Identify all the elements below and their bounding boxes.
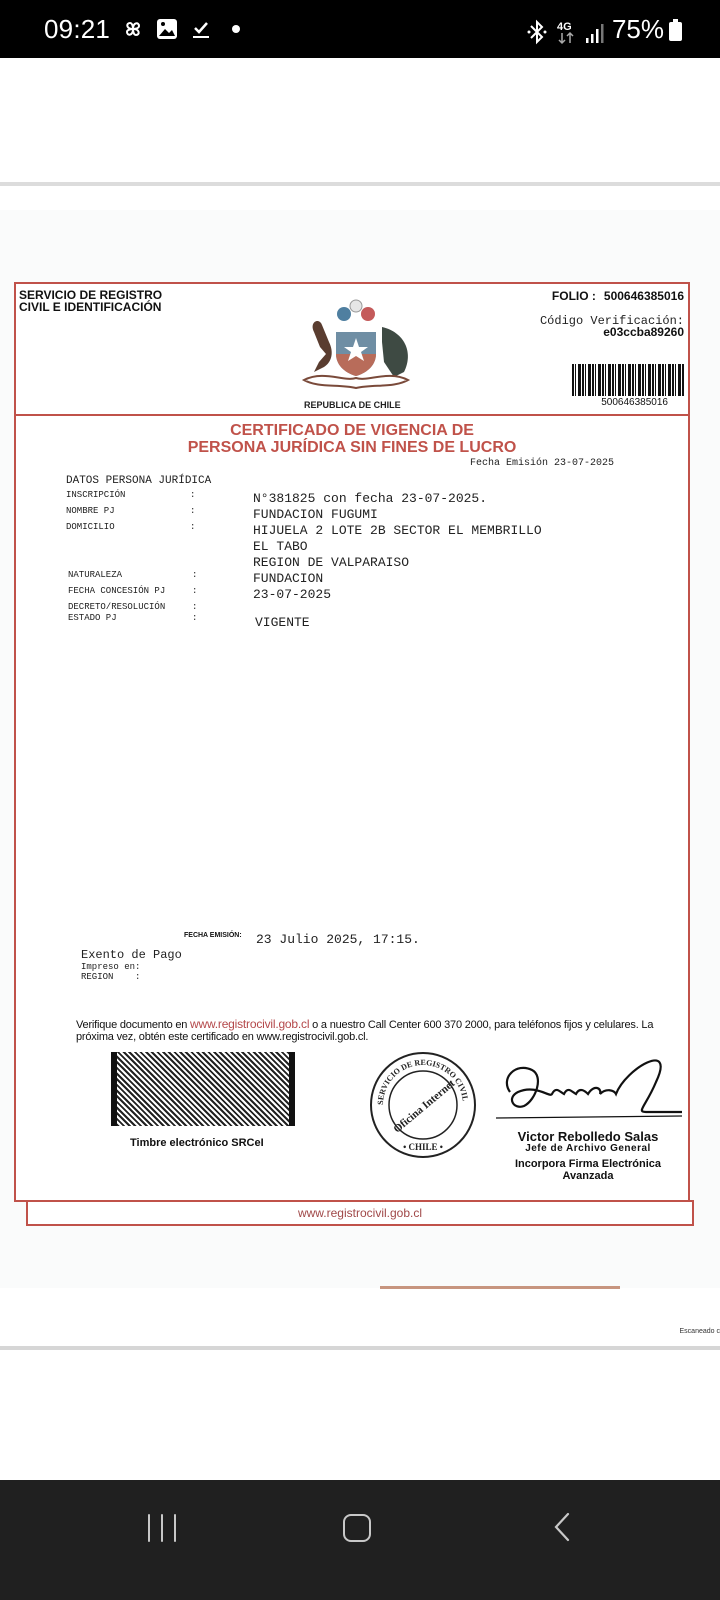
scan-edge bbox=[380, 1286, 620, 1289]
verification-note: Verifique documento en www.registrocivil… bbox=[76, 1018, 676, 1043]
download-done-icon bbox=[190, 18, 212, 40]
folio: FOLIO :500646385016 bbox=[552, 289, 684, 303]
svg-text:• CHILE •: • CHILE • bbox=[403, 1142, 443, 1152]
header-separator bbox=[16, 414, 688, 416]
electronic-stamp-barcode-icon bbox=[111, 1052, 295, 1126]
folio-number: 500646385016 bbox=[604, 289, 684, 303]
field-label-decreto: DECRETO/RESOLUCIÓN: bbox=[68, 602, 165, 612]
value-inscripcion: N°381825 con fecha 23-07-2025. bbox=[253, 491, 487, 506]
home-button[interactable] bbox=[343, 1514, 371, 1542]
pinwheel-icon bbox=[122, 18, 144, 40]
notification-icons bbox=[122, 18, 240, 40]
gallery-icon bbox=[156, 18, 178, 40]
battery-icon bbox=[669, 22, 682, 41]
value-domicilio-1: HIJUELA 2 LOTE 2B SECTOR EL MEMBRILLO bbox=[253, 523, 542, 538]
4g-data-icon: 4G bbox=[556, 19, 576, 41]
recents-button[interactable] bbox=[148, 1514, 176, 1542]
dot-icon bbox=[232, 25, 240, 33]
back-button[interactable] bbox=[552, 1512, 574, 1542]
value-nombre: FUNDACION FUGUMI bbox=[253, 507, 378, 522]
field-label-naturaleza: NATURALEZA: bbox=[68, 570, 122, 580]
svg-text:Oficina Internet: Oficina Internet bbox=[391, 1077, 457, 1135]
signer-role: Jefe de Archivo General bbox=[488, 1143, 688, 1154]
section-title: DATOS PERSONA JURÍDICA bbox=[66, 475, 211, 487]
field-label-estado: ESTADO PJ: bbox=[68, 613, 117, 623]
svg-text:4G: 4G bbox=[557, 21, 572, 33]
issue-date-header: Fecha Emisión 23-07-2025 bbox=[470, 458, 614, 469]
svg-text:SERVICIO DE REGISTRO CIVIL E I: SERVICIO DE REGISTRO CIVIL E IDENTIFICAC… bbox=[368, 1050, 470, 1105]
verification-code: e03ccba89260 bbox=[603, 325, 684, 339]
recents-icon bbox=[148, 1514, 150, 1542]
signature-note: Incorpora Firma Electrónica Avanzada bbox=[488, 1158, 688, 1182]
issuing-organization: SERVICIO DE REGISTRO CIVIL E IDENTIFICAC… bbox=[19, 289, 162, 313]
status-time: 09:21 bbox=[44, 14, 110, 45]
battery-percent: 75% bbox=[612, 14, 664, 45]
value-fecha-concesion: 23-07-2025 bbox=[253, 587, 331, 602]
chile-coat-of-arms-icon bbox=[284, 292, 424, 392]
signal-icon bbox=[584, 19, 604, 41]
page-divider-bottom bbox=[0, 1346, 720, 1350]
official-seal-icon: SERVICIO DE REGISTRO CIVIL E IDENTIFICAC… bbox=[368, 1050, 478, 1160]
field-label-fecha-concesion: FECHA CONCESIÓN PJ: bbox=[68, 586, 165, 596]
value-domicilio-3: REGION DE VALPARAISO bbox=[253, 555, 409, 570]
value-estado: VIGENTE bbox=[255, 615, 310, 630]
field-label-inscripcion: INSCRIPCIÓN: bbox=[66, 490, 125, 500]
bluetooth-icon bbox=[526, 19, 548, 41]
signer-name: Victor Rebolledo Salas bbox=[488, 1129, 688, 1144]
barcode-number: 500646385016 bbox=[601, 397, 668, 408]
value-domicilio-2: EL TABO bbox=[253, 539, 308, 554]
page-divider bbox=[0, 182, 720, 186]
signature-icon bbox=[496, 1048, 682, 1132]
crest-caption: REPUBLICA DE CHILE bbox=[304, 400, 401, 410]
barcode-icon bbox=[572, 364, 684, 396]
footer-url: www.registrocivil.gob.cl bbox=[28, 1206, 692, 1220]
certificate-title: CERTIFICADO DE VIGENCIA DE PERSONA JURÍD… bbox=[16, 422, 688, 456]
payment-exempt: Exento de Pago bbox=[81, 948, 182, 962]
value-naturaleza: FUNDACION bbox=[253, 571, 323, 586]
scan-credit: Escaneado c bbox=[680, 1328, 720, 1335]
certificate-footer: www.registrocivil.gob.cl bbox=[26, 1200, 694, 1226]
field-label-domicilio: DOMICILIO: bbox=[66, 522, 115, 532]
printed-in: Impreso en: REGION : bbox=[81, 962, 140, 982]
issue-date-value: 23 Julio 2025, 17:15. bbox=[256, 932, 420, 947]
certificate: SERVICIO DE REGISTRO CIVIL E IDENTIFICAC… bbox=[14, 282, 690, 1202]
system-icons: 4G 75% bbox=[526, 14, 664, 45]
electronic-stamp-label: Timbre electrónico SRCeI bbox=[130, 1137, 264, 1149]
issue-date-label: FECHA EMISIÓN: bbox=[184, 932, 242, 939]
verify-link[interactable]: www.registrocivil.gob.cl bbox=[190, 1017, 309, 1031]
navigation-bar bbox=[0, 1480, 720, 1600]
field-label-nombre: NOMBRE PJ: bbox=[66, 506, 115, 516]
status-bar: 09:21 4G 75% bbox=[0, 0, 720, 58]
